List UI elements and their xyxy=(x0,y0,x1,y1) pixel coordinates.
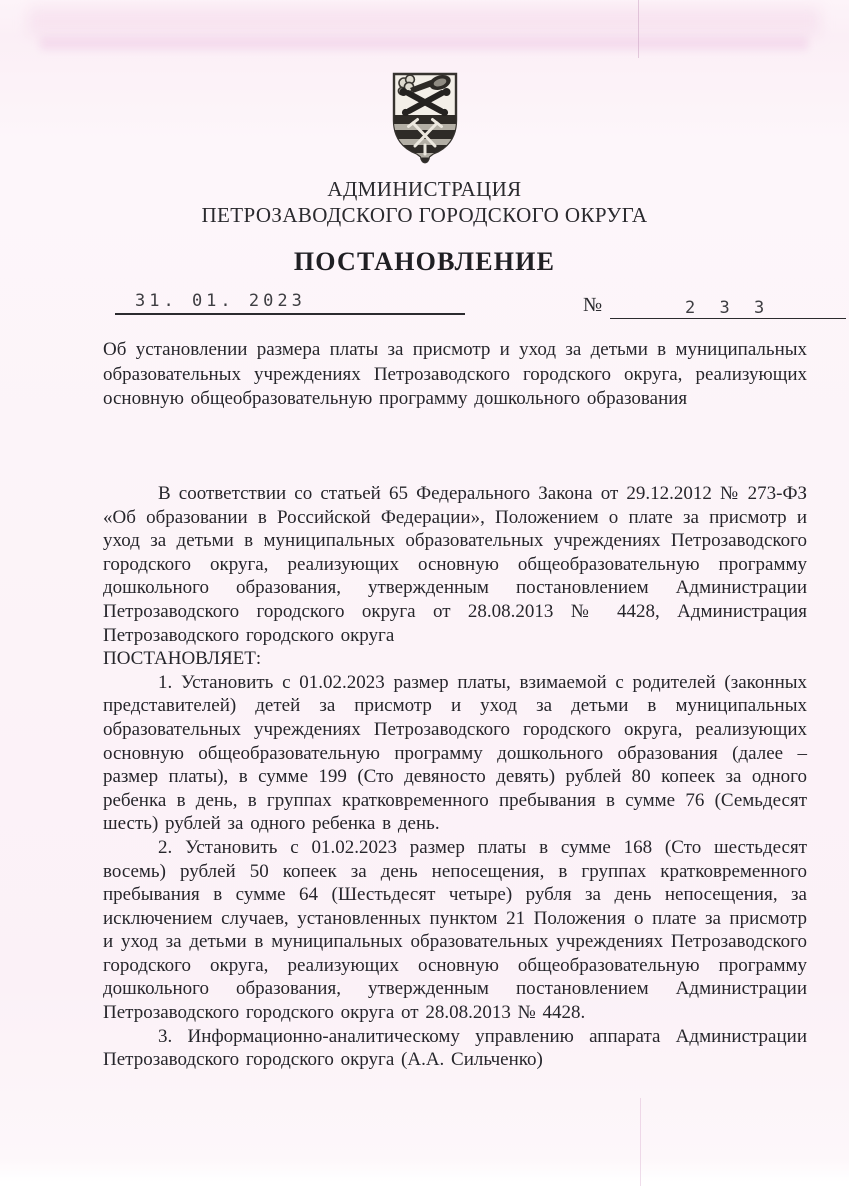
document-page: АДМИНИСТРАЦИЯ ПЕТРОЗАВОДСКОГО ГОРОДСКОГО… xyxy=(0,0,849,1200)
date-field: 31. 01. 2023 xyxy=(115,291,465,315)
document-subject: Об установлении размера платы за присмот… xyxy=(103,338,807,412)
scan-bleed-artifact xyxy=(28,7,820,35)
date-stamp: 31. 01. 2023 xyxy=(115,291,465,311)
resolution-item-2: 2. Установить с 01.02.2023 размер платы … xyxy=(103,836,807,1025)
number-stamp: 2 3 3 xyxy=(685,298,771,318)
number-underline: 2 3 3 xyxy=(610,298,846,319)
org-name-line2: ПЕТРОЗАВОДСКОГО ГОРОДСКОГО ОКРУГА xyxy=(0,202,849,228)
item-number: 2. xyxy=(158,837,172,858)
resolves-line: ПОСТАНОВЛЯЕТ: xyxy=(103,647,807,671)
item-number: 3. xyxy=(158,1026,172,1047)
scan-bleed-artifact xyxy=(40,37,808,50)
item-text: Установить с 01.02.2023 размер платы, вз… xyxy=(103,672,807,835)
scanner-line-artifact xyxy=(638,0,639,58)
date-underline xyxy=(115,313,465,315)
item-text: Установить с 01.02.2023 размер платы в с… xyxy=(103,837,807,1023)
item-number: 1. xyxy=(158,672,172,693)
coat-of-arms-icon xyxy=(386,70,464,169)
resolution-item-1: 1. Установить с 01.02.2023 размер платы,… xyxy=(103,671,807,836)
document-body: В соответствии со статьей 65 Федеральног… xyxy=(103,482,807,1072)
number-field: № 2 3 3 xyxy=(583,294,846,319)
item-text: Информационно-аналитическому управлению … xyxy=(103,1026,807,1071)
scanner-line-artifact xyxy=(640,1098,641,1186)
resolution-item-3: 3. Информационно-аналитическому управлен… xyxy=(103,1025,807,1072)
number-sign: № xyxy=(583,294,602,319)
issuing-authority: АДМИНИСТРАЦИЯ ПЕТРОЗАВОДСКОГО ГОРОДСКОГО… xyxy=(0,176,849,228)
preamble-paragraph: В соответствии со статьей 65 Федеральног… xyxy=(103,482,807,647)
document-type-title: ПОСТАНОВЛЕНИЕ xyxy=(0,247,849,277)
org-name-line1: АДМИНИСТРАЦИЯ xyxy=(0,176,849,202)
